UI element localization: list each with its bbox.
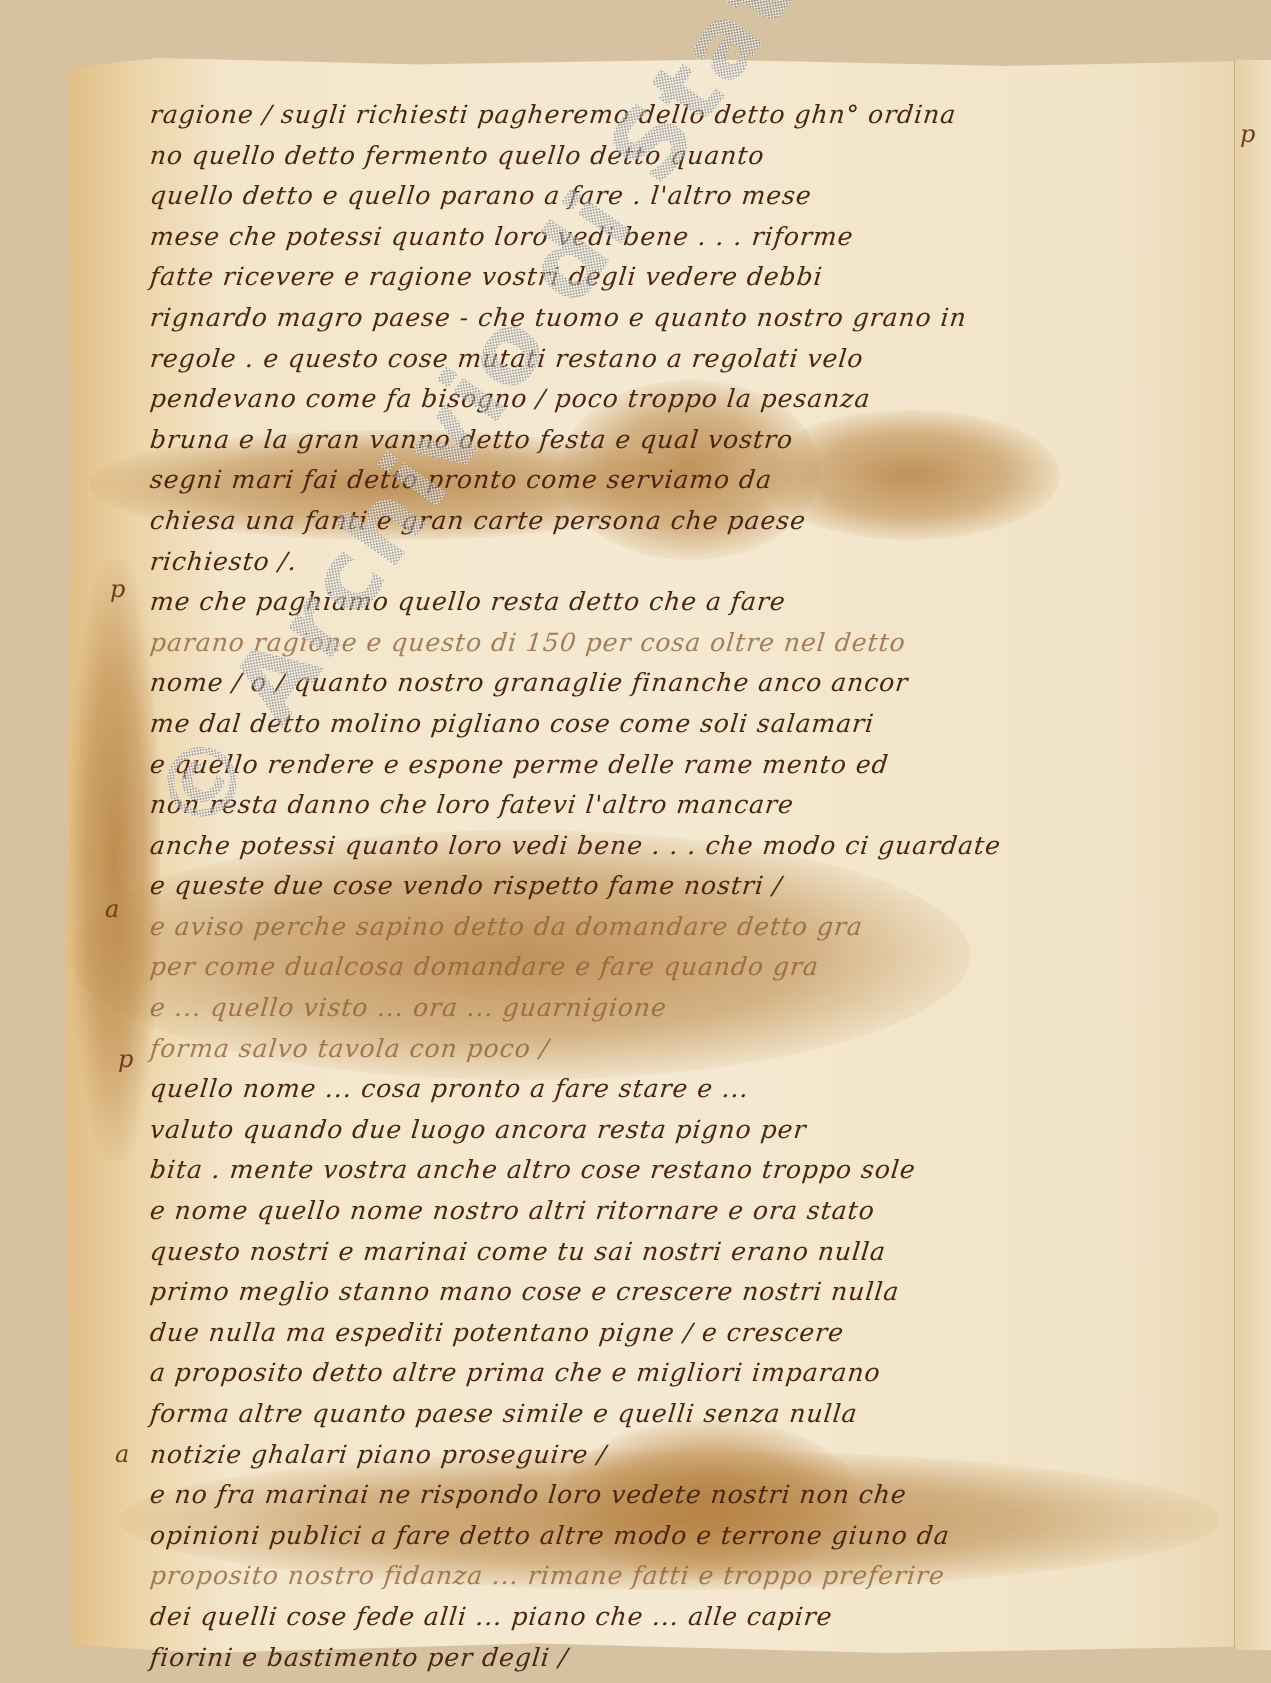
margin-mark: p [110, 575, 125, 603]
margin-mark: a [105, 895, 119, 923]
text-line: e nome quello nome nostro altri ritornar… [148, 1191, 1232, 1232]
text-line: quello nome ... cosa pronto a fare stare… [148, 1069, 1232, 1110]
text-line: regole . e questo cose mutati restano a … [148, 339, 1232, 380]
text-line: forma altre quanto paese simile e quelli… [148, 1394, 1232, 1435]
text-line: per come dualcosa domandare e fare quand… [148, 947, 1232, 988]
text-line: bruna e la gran vanno detto festa e qual… [148, 420, 1232, 461]
text-line: anche potessi quanto loro vedi bene . . … [148, 826, 1232, 867]
text-line: e quello rendere e espone perme delle ra… [148, 745, 1232, 786]
handwritten-text-block: ragione / sugli richiesti pagheremo dell… [150, 95, 1230, 1678]
text-line: e ... quello visto ... ora ... guarnigio… [148, 988, 1232, 1029]
text-line: questo nostri e marinai come tu sai nost… [148, 1232, 1232, 1273]
margin-mark: p [118, 1045, 133, 1073]
text-line: forma salvo tavola con poco / [148, 1029, 1232, 1070]
text-line: opinioni publici a fare detto altre modo… [148, 1516, 1232, 1557]
text-line: pendevano come fa bisogno / poco troppo … [148, 379, 1232, 420]
margin-mark: p [1240, 120, 1255, 148]
text-line: rignardo magro paese - che tuomo e quant… [148, 298, 1232, 339]
text-line: mese che potessi quanto loro vedi bene .… [148, 217, 1232, 258]
text-line: a proposito detto altre prima che e migl… [148, 1353, 1232, 1394]
text-line: bita . mente vostra anche altro cose res… [148, 1150, 1232, 1191]
text-line: valuto quando due luogo ancora resta pig… [148, 1110, 1232, 1151]
adjacent-page-edge [1234, 60, 1271, 1650]
text-line: e queste due cose vendo rispetto fame no… [148, 866, 1232, 907]
text-line: non resta danno che loro fatevi l'altro … [148, 785, 1232, 826]
text-line: primo meglio stanno mano cose e crescere… [148, 1272, 1232, 1313]
water-stain [70, 560, 160, 1160]
text-line: due nulla ma espediti potentano pigne / … [148, 1313, 1232, 1354]
text-line: fiorini e bastimento per degli / [148, 1638, 1232, 1679]
text-line: segni mari fai detto pronto come serviam… [148, 460, 1232, 501]
text-line: e no fra marinai ne rispondo loro vedete… [148, 1475, 1232, 1516]
text-line: proposito nostro fidanza ... rimane fatt… [148, 1556, 1232, 1597]
margin-mark: a [115, 1440, 129, 1468]
text-line: e aviso perche sapino detto da domandare… [148, 907, 1232, 948]
text-line: notizie ghalari piano proseguire / [148, 1435, 1232, 1476]
text-line: dei quelli cose fede alli ... piano che … [148, 1597, 1232, 1638]
text-line: fatte ricevere e ragione vostri degli ve… [148, 257, 1232, 298]
